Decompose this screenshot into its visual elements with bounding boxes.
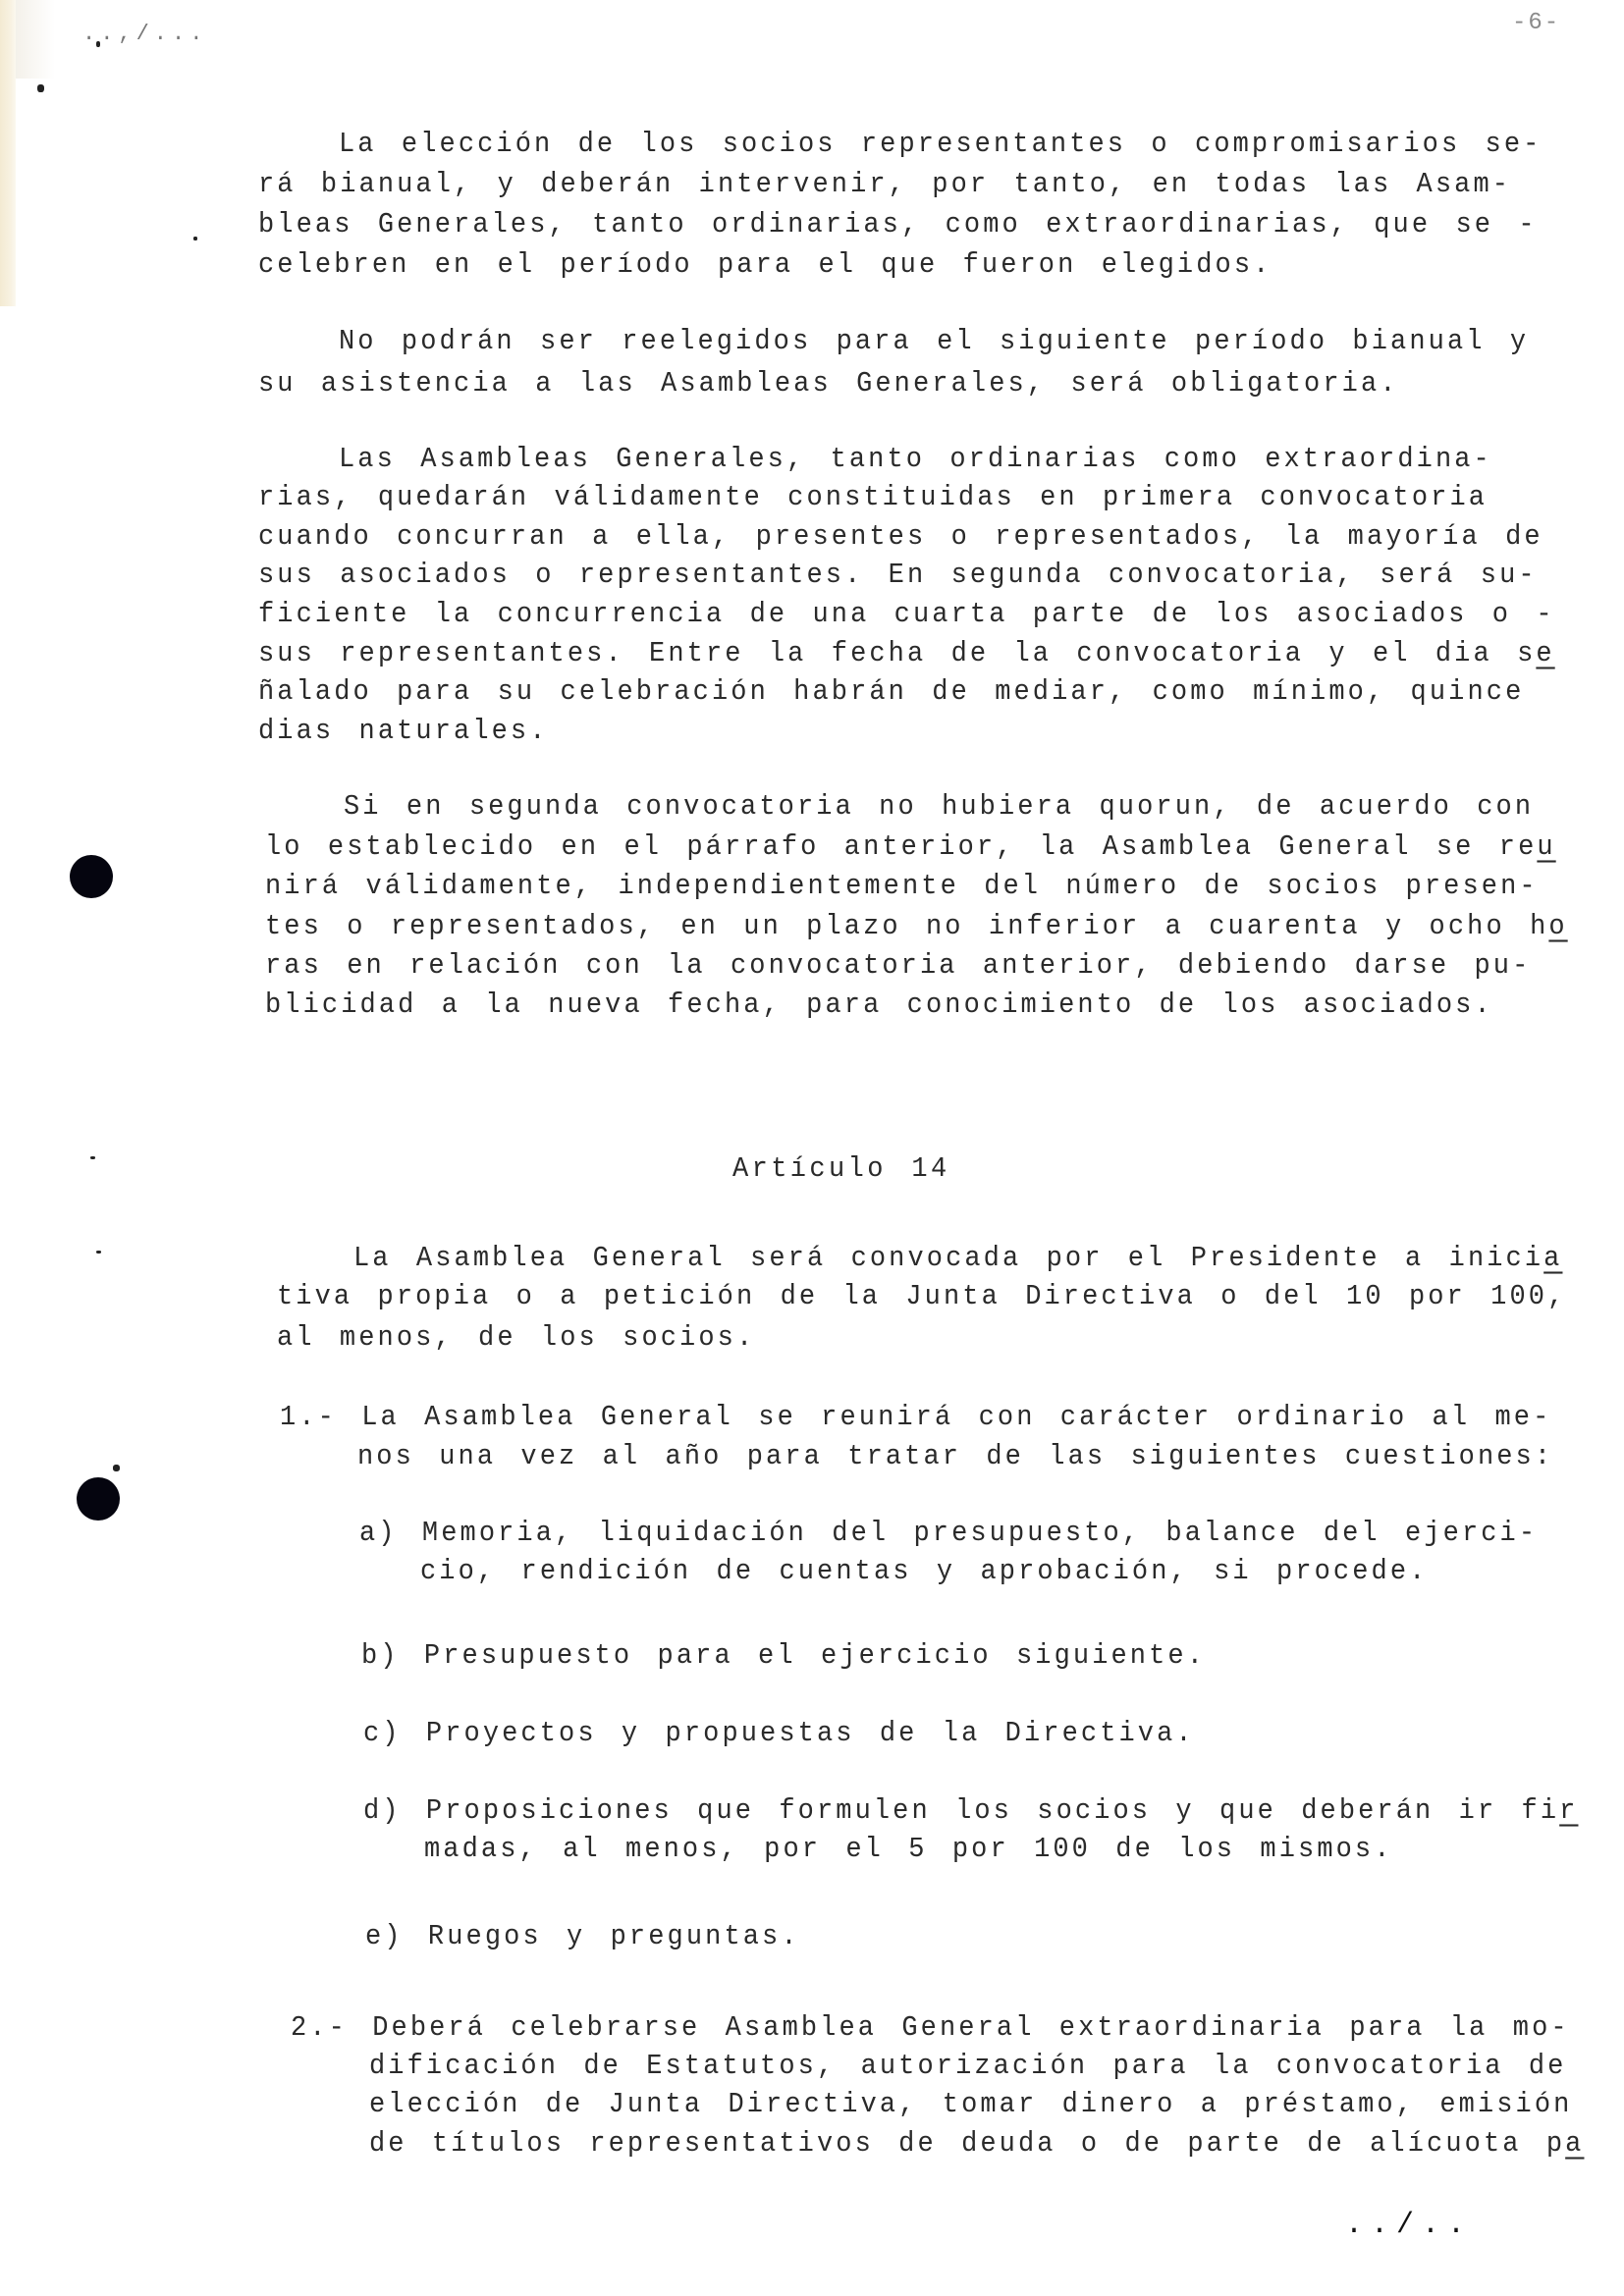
line-text: nirá válidamente, independientemente del… — [265, 872, 1539, 903]
text-line: c) Proyectos y propuestas de la Directiv… — [363, 1717, 1195, 1752]
text-line: La elección de los socios representantes… — [339, 128, 1542, 163]
text-line: su asistencia a las Asambleas Generales,… — [258, 367, 1399, 402]
line-text: tiva propia o a petición de la Junta Dir… — [277, 1282, 1566, 1313]
scan-speck — [37, 84, 44, 92]
line-text: 1.- La Asamblea General se reunirá con c… — [280, 1403, 1551, 1434]
punch-hole — [70, 855, 113, 898]
line-text: La elección de los socios representantes… — [339, 130, 1542, 161]
text-line: blicidad a la nueva fecha, para conocimi… — [265, 988, 1493, 1024]
line-text: cio, rendición de cuentas y aprobación, … — [420, 1557, 1428, 1588]
text-line: No podrán ser reelegidos para el siguien… — [339, 325, 1529, 360]
scan-speck — [96, 1251, 101, 1254]
text-line: e) Ruegos y preguntas. — [365, 1920, 800, 1955]
line-text: a) Memoria, liquidación del presupuesto,… — [359, 1519, 1538, 1550]
text-line: ras en relación con la convocatoria ante… — [265, 949, 1531, 985]
hyphenation-underline: a — [1543, 1244, 1562, 1275]
line-text: ras en relación con la convocatoria ante… — [265, 951, 1531, 983]
scan-speck — [96, 41, 100, 47]
line-text: cuando concurran a ella, presentes o rep… — [258, 522, 1543, 554]
hyphenation-underline: e — [1536, 639, 1554, 670]
line-text: madas, al menos, por el 5 por 100 de los… — [424, 1835, 1393, 1866]
line-text: sus representantes. Entre la fecha de la… — [258, 639, 1536, 670]
line-text: dificación de Estatutos, autorización pa… — [369, 2052, 1566, 2083]
line-text: bleas Generales, tanto ordinarias, como … — [258, 210, 1538, 241]
text-line: cio, rendición de cuentas y aprobación, … — [420, 1555, 1428, 1590]
text-line: tes o representados, en un plazo no infe… — [265, 910, 1568, 945]
line-text: rá bianual, y deberán intervenir, por ta… — [258, 170, 1511, 201]
line-text: de títulos representativos de deuda o de… — [369, 2129, 1565, 2161]
text-line: dificación de Estatutos, autorización pa… — [369, 2050, 1566, 2085]
text-line: elección de Junta Directiva, tomar diner… — [369, 2088, 1572, 2123]
text-line: al menos, de los socios. — [277, 1321, 755, 1357]
text-line: Las Asambleas Generales, tanto ordinaria… — [339, 443, 1492, 478]
text-line: tiva propia o a petición de la Junta Dir… — [277, 1280, 1566, 1315]
text-line: rias, quedarán válidamente constituidas … — [258, 481, 1488, 516]
article-heading: Artículo 14 — [732, 1152, 950, 1188]
continuation-mark-top: ..,/... — [82, 22, 207, 46]
line-text: tes o representados, en un plazo no infe… — [265, 912, 1548, 943]
line-text: b) Presupuesto para el ejercicio siguien… — [361, 1641, 1206, 1673]
text-line: cuando concurran a ella, presentes o rep… — [258, 520, 1543, 556]
text-line: nirá válidamente, independientemente del… — [265, 870, 1539, 905]
text-line: sus asociados o representantes. En segun… — [258, 559, 1538, 594]
scan-speck — [193, 237, 197, 240]
line-text: sus asociados o representantes. En segun… — [258, 561, 1538, 592]
punch-hole — [77, 1477, 120, 1521]
scan-speck — [90, 1156, 95, 1159]
hyphenation-underline: o — [1548, 912, 1567, 943]
text-line: 2.- Deberá celebrarse Asamblea General e… — [291, 2011, 1570, 2047]
line-text: blicidad a la nueva fecha, para conocimi… — [265, 990, 1493, 1022]
text-line: lo establecido en el párrafo anterior, l… — [265, 830, 1556, 866]
line-text: ñalado para su celebración habrán de med… — [258, 677, 1524, 709]
line-text: lo establecido en el párrafo anterior, l… — [265, 832, 1537, 864]
text-line: b) Presupuesto para el ejercicio siguien… — [361, 1639, 1206, 1675]
text-line: nos una vez al año para tratar de las si… — [357, 1440, 1553, 1475]
line-text: Si en segunda convocatoria no hubiera qu… — [344, 792, 1534, 824]
hyphenation-underline: a — [1565, 2129, 1584, 2161]
text-line: Si en segunda convocatoria no hubiera qu… — [344, 790, 1534, 826]
line-text: rias, quedarán válidamente constituidas … — [258, 483, 1488, 513]
page-edge-shadow — [0, 0, 16, 306]
line-text: Las Asambleas Generales, tanto ordinaria… — [339, 445, 1492, 476]
text-line: La Asamblea General será convocada por e… — [353, 1242, 1562, 1277]
text-line: ñalado para su celebración habrán de med… — [258, 675, 1524, 711]
text-line: a) Memoria, liquidación del presupuesto,… — [359, 1517, 1538, 1552]
line-text: No podrán ser reelegidos para el siguien… — [339, 327, 1529, 358]
page-corner-shadow — [16, 0, 55, 79]
scan-speck — [113, 1465, 120, 1471]
line-text: La Asamblea General será convocada por e… — [353, 1244, 1543, 1275]
line-text: c) Proyectos y propuestas de la Directiv… — [363, 1719, 1195, 1750]
page-number: -6- — [1512, 10, 1560, 36]
line-text: celebren en el período para el que fuero… — [258, 250, 1272, 282]
line-text: e) Ruegos y preguntas. — [365, 1922, 800, 1953]
line-text: al menos, de los socios. — [277, 1323, 755, 1355]
line-text: su asistencia a las Asambleas Generales,… — [258, 369, 1399, 400]
text-line: 1.- La Asamblea General se reunirá con c… — [280, 1401, 1551, 1436]
line-text: elección de Junta Directiva, tomar diner… — [369, 2090, 1572, 2121]
text-line: dias naturales. — [258, 715, 549, 750]
text-line: d) Proposiciones que formulen los socios… — [363, 1794, 1578, 1830]
text-line: madas, al menos, por el 5 por 100 de los… — [424, 1833, 1393, 1868]
text-line: celebren en el período para el que fuero… — [258, 248, 1272, 284]
line-text: dias naturales. — [258, 717, 549, 748]
hyphenation-underline: r — [1559, 1796, 1578, 1828]
hyphenation-underline: u — [1537, 832, 1555, 864]
text-line: ficiente la concurrencia de una cuarta p… — [258, 598, 1555, 633]
line-text: nos una vez al año para tratar de las si… — [357, 1442, 1553, 1473]
text-line: sus representantes. Entre la fecha de la… — [258, 637, 1555, 672]
text-line: rá bianual, y deberán intervenir, por ta… — [258, 168, 1511, 203]
text-line: bleas Generales, tanto ordinarias, como … — [258, 208, 1538, 243]
continuation-mark-bottom: ../.. — [1345, 2209, 1473, 2242]
text-line: de títulos representativos de deuda o de… — [369, 2127, 1584, 2163]
line-text: 2.- Deberá celebrarse Asamblea General e… — [291, 2013, 1570, 2045]
line-text: d) Proposiciones que formulen los socios… — [363, 1796, 1559, 1828]
line-text: ficiente la concurrencia de una cuarta p… — [258, 600, 1555, 631]
